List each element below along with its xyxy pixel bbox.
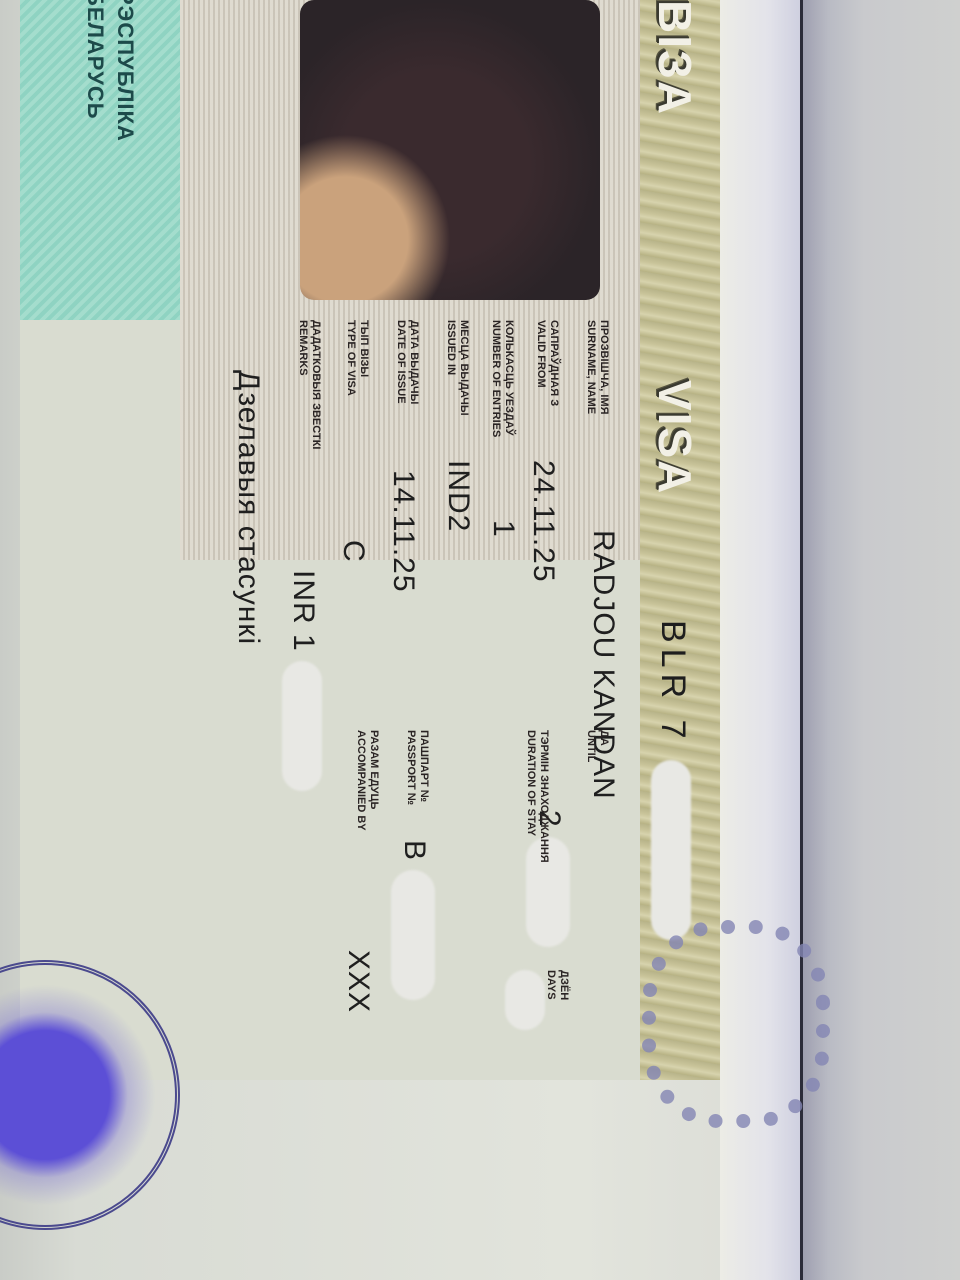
label-en: DAYS bbox=[544, 970, 557, 1000]
field-type-of-visa: ТЫП ВІЗЫ TYPE OF VISA bbox=[344, 320, 370, 396]
remarks-text: INR 1 bbox=[287, 570, 320, 652]
value-issued-in: IND2 bbox=[441, 460, 475, 532]
header-belarusian: ВІЗА bbox=[648, 0, 702, 116]
field-valid-from: САПРАЎДНАЯ З VALID FROM bbox=[534, 320, 560, 406]
field-duration-of-stay: ТЭРМІН ЗНАХОДЖАННЯ DURATION OF STAY bbox=[524, 730, 550, 863]
label-by: ПАШПАРТ № bbox=[417, 730, 430, 805]
value-accompanied-by: XXX bbox=[341, 950, 375, 1013]
label-en: UNTIL bbox=[584, 730, 597, 762]
country-line-2: БЕЛАРУСЬ bbox=[80, 0, 110, 142]
label-by: ДА bbox=[597, 730, 610, 762]
label-en: NUMBER OF ENTRIES bbox=[489, 320, 502, 437]
label-by: ТЭРМІН ЗНАХОДЖАННЯ bbox=[537, 730, 550, 863]
field-number-of-entries: КОЛЬКАСЦЬ УЕЗДАЎ NUMBER OF ENTRIES bbox=[489, 320, 515, 437]
visa-sticker: ВІЗА VISA РЭСПУБЛІКА БЕЛАРУСЬ BLR 7 ПРОЗ… bbox=[20, 0, 720, 1080]
consular-stamp bbox=[0, 960, 180, 1230]
field-accompanied-by: РАЗАМ ЕДУЦЬ ACCOMPANIED BY bbox=[354, 730, 380, 831]
field-days-unit: ДЗЁН DAYS bbox=[544, 970, 570, 1000]
value-passport-no: B bbox=[391, 840, 435, 1000]
redaction-mask bbox=[651, 760, 691, 940]
label-en: VALID FROM bbox=[534, 320, 547, 406]
value-valid-from: 24.11.25 bbox=[526, 460, 560, 583]
label-en: REMARKS bbox=[296, 320, 309, 449]
passport-facing-page bbox=[800, 0, 960, 1280]
field-surname-name: ПРОЗВІШЧА, ІМЯ SURNAME, NAME bbox=[584, 320, 610, 415]
label-en: DURATION OF STAY bbox=[524, 730, 537, 863]
header-english: VISA bbox=[648, 380, 702, 495]
visa-serial-number: BLR 7 bbox=[651, 620, 692, 940]
label-by: КОЛЬКАСЦЬ УЕЗДАЎ bbox=[502, 320, 515, 437]
field-date-of-issue: ДАТА ВЫДАЧЫ DATE OF ISSUE bbox=[394, 320, 420, 404]
value-type-of-visa: C bbox=[336, 540, 370, 563]
value-number-of-entries: 1 bbox=[486, 520, 520, 538]
label-by: ДАДАТКОВЫЯ ЗВЕСТКІ bbox=[309, 320, 322, 449]
label-by: ПРОЗВІШЧА, ІМЯ bbox=[597, 320, 610, 415]
label-by: ТЫП ВІЗЫ bbox=[357, 320, 370, 396]
label-by: ДАТА ВЫДАЧЫ bbox=[407, 320, 420, 404]
value-remarks: INR 1 bbox=[282, 570, 322, 791]
redaction-mask bbox=[282, 661, 322, 791]
label-by: МЕСЦА ВЫДАЧЫ bbox=[457, 320, 470, 416]
label-en: SURNAME, NAME bbox=[584, 320, 597, 415]
holder-photo bbox=[300, 0, 600, 300]
issuing-country: РЭСПУБЛІКА БЕЛАРУСЬ bbox=[80, 0, 140, 142]
label-en: DATE OF ISSUE bbox=[394, 320, 407, 404]
label-by: САПРАЎДНАЯ З bbox=[547, 320, 560, 406]
label-by: ДЗЁН bbox=[557, 970, 570, 1000]
field-issued-in: МЕСЦА ВЫДАЧЫ ISSUED IN bbox=[444, 320, 470, 416]
value-remarks-line2: Дзелавыя стасункі bbox=[231, 370, 265, 645]
value-date-of-issue: 14.11.25 bbox=[386, 470, 420, 593]
value-duration-of-stay bbox=[505, 970, 545, 1030]
visa-sticker-wrapper: ВІЗА VISA РЭСПУБЛІКА БЕЛАРУСЬ BLR 7 ПРОЗ… bbox=[20, 0, 720, 1080]
field-remarks: ДАДАТКОВЫЯ ЗВЕСТКІ REMARKS bbox=[296, 320, 322, 449]
redaction-mask bbox=[391, 870, 435, 1000]
border-stamp bbox=[642, 920, 830, 1128]
label-en: ACCOMPANIED BY bbox=[354, 730, 367, 831]
country-line-1: РЭСПУБЛІКА bbox=[110, 0, 140, 142]
label-en: TYPE OF VISA bbox=[344, 320, 357, 396]
label-en: ISSUED IN bbox=[444, 320, 457, 416]
field-passport-no: ПАШПАРТ № PASSPORT № bbox=[404, 730, 430, 805]
serial-text: BLR 7 bbox=[654, 620, 692, 745]
field-until: ДА UNTIL bbox=[584, 730, 610, 762]
passport-text: B bbox=[398, 840, 431, 861]
label-by: РАЗАМ ЕДУЦЬ bbox=[367, 730, 380, 831]
redaction-mask bbox=[505, 970, 545, 1030]
label-en: PASSPORT № bbox=[404, 730, 417, 805]
